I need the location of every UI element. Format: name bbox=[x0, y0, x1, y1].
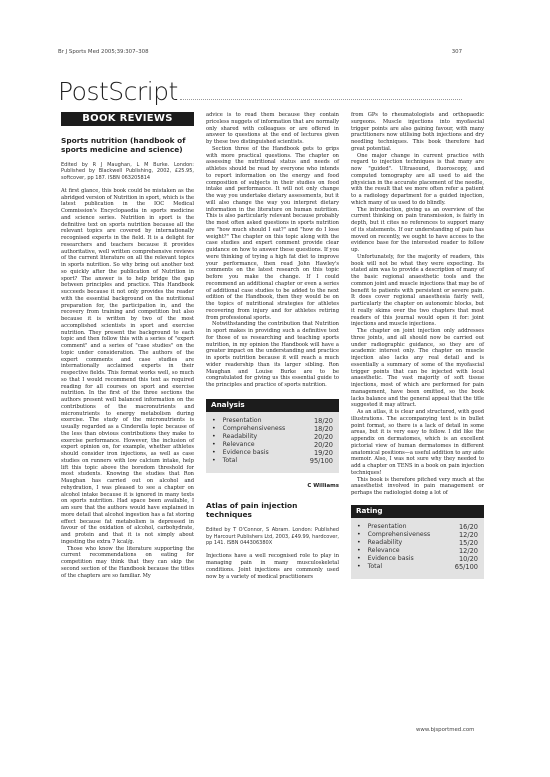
score-value: 95/100 bbox=[310, 457, 333, 465]
body-paragraph: Notwithstanding the contribution that Nu… bbox=[206, 321, 339, 389]
column-2: advice is to read them because they cont… bbox=[206, 112, 339, 580]
body-paragraph: The introduction, giving us an overview … bbox=[351, 207, 484, 254]
score-label: Presentation bbox=[212, 417, 262, 425]
section-title-text: PostScript bbox=[58, 79, 178, 104]
analysis-list: Presentation18/20 Comprehensiveness18/20… bbox=[206, 412, 339, 473]
body-paragraph: This book is therefore pitched very much… bbox=[351, 477, 484, 497]
analysis-item: Relevance20/20 bbox=[212, 441, 333, 449]
score-label: Comprehensiveness bbox=[212, 425, 285, 433]
score-value: 15/20 bbox=[459, 539, 478, 547]
score-value: 20/20 bbox=[314, 441, 333, 449]
score-value: 16/20 bbox=[459, 523, 478, 531]
column-3: from GPs to rheumatologists and orthopae… bbox=[351, 112, 484, 589]
score-value: 20/20 bbox=[314, 433, 333, 441]
body-paragraph: advice is to read them because they cont… bbox=[206, 112, 339, 146]
running-head: Br J Sports Med 2005;39:307–308 307 bbox=[58, 49, 462, 55]
book-reviews-banner: BOOK REVIEWS bbox=[61, 112, 194, 126]
page-number: 307 bbox=[452, 49, 462, 55]
rating-list: Presentation16/20 Comprehensiveness12/20… bbox=[351, 518, 484, 579]
rating-item: Relevance12/20 bbox=[357, 547, 478, 555]
score-value: 18/20 bbox=[314, 425, 333, 433]
body-paragraph: The chapter on joint injection only addr… bbox=[351, 328, 484, 409]
score-label: Readability bbox=[357, 539, 402, 547]
score-label: Total bbox=[357, 563, 382, 571]
score-label: Evidence basis bbox=[212, 449, 269, 457]
body-paragraph: One major change in current practice wit… bbox=[351, 153, 484, 207]
score-value: 12/20 bbox=[459, 531, 478, 539]
score-value: 10/20 bbox=[459, 555, 478, 563]
score-label: Total bbox=[212, 457, 237, 465]
footer-url[interactable]: www.bjsportmed.com bbox=[416, 727, 474, 733]
body-paragraph: Those who know the literature supporting… bbox=[61, 546, 194, 580]
rating-item: Readability15/20 bbox=[357, 539, 478, 547]
score-value: 19/20 bbox=[314, 449, 333, 457]
review-bibliographic-info: Edited by R J Maughan, L M Burke. London… bbox=[61, 162, 194, 181]
analysis-item: Comprehensiveness18/20 bbox=[212, 425, 333, 433]
analysis-box: Analysis Presentation18/20 Comprehensive… bbox=[206, 399, 339, 473]
reviewer-signature: C Williams bbox=[206, 483, 339, 490]
analysis-item: Presentation18/20 bbox=[212, 417, 333, 425]
body-paragraph: As an atlas, it is clear and structured,… bbox=[351, 409, 484, 477]
rating-box: Rating Presentation16/20 Comprehensivene… bbox=[351, 505, 484, 579]
rating-heading: Rating bbox=[351, 505, 484, 518]
review-title: Sports nutrition (handbook of sports med… bbox=[61, 136, 194, 154]
score-value: 65/100 bbox=[455, 563, 478, 571]
score-label: Relevance bbox=[357, 547, 400, 555]
body-paragraph: At first glance, this book could be mist… bbox=[61, 188, 194, 546]
body-paragraph: from GPs to rheumatologists and orthopae… bbox=[351, 112, 484, 153]
review-title: Atlas of pain injection techniques bbox=[206, 501, 339, 519]
score-label: Presentation bbox=[357, 523, 407, 531]
score-value: 12/20 bbox=[459, 547, 478, 555]
rating-item: Evidence basis10/20 bbox=[357, 555, 478, 563]
analysis-heading: Analysis bbox=[206, 399, 339, 412]
body-paragraph: Unfortunately, for the majority of reade… bbox=[351, 254, 484, 328]
score-value: 18/20 bbox=[314, 417, 333, 425]
score-label: Readability bbox=[212, 433, 257, 441]
analysis-item: Readability20/20 bbox=[212, 433, 333, 441]
score-label: Relevance bbox=[212, 441, 255, 449]
review-bibliographic-info: Edited by T O'Connor, S Abram. London: P… bbox=[206, 527, 339, 546]
body-paragraph: Injections have a well recognised role t… bbox=[206, 553, 339, 580]
score-label: Comprehensiveness bbox=[357, 531, 430, 539]
dotted-rule bbox=[180, 99, 462, 100]
rating-item: Comprehensiveness12/20 bbox=[357, 531, 478, 539]
analysis-item: Evidence basis19/20 bbox=[212, 449, 333, 457]
body-paragraph: Section three of the Handbook gets to gr… bbox=[206, 146, 339, 322]
section-title: PostScript bbox=[58, 74, 462, 104]
score-label: Evidence basis bbox=[357, 555, 414, 563]
rating-item-total: Total65/100 bbox=[357, 563, 478, 571]
journal-citation: Br J Sports Med 2005;39:307–308 bbox=[58, 49, 149, 55]
rating-item: Presentation16/20 bbox=[357, 523, 478, 531]
column-1: BOOK REVIEWS Sports nutrition (handbook … bbox=[61, 112, 194, 579]
analysis-item-total: Total95/100 bbox=[212, 457, 333, 465]
